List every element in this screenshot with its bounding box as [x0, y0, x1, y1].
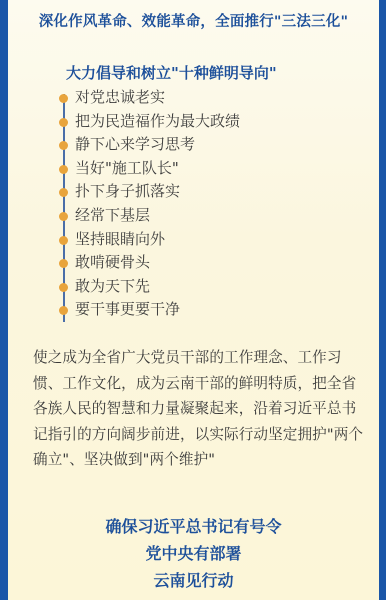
timeline-item-label: 敢啃硬骨头 — [75, 253, 150, 271]
body-paragraph: 使之成为全省广大党员干部的工作理念、工作习惯、工作文化，成为云南干部的鲜明特质，… — [33, 345, 368, 473]
timeline-item-label: 扑下身子抓落实 — [75, 182, 180, 200]
timeline-item-label: 对党忠诚老实 — [75, 88, 165, 106]
bullet-dot-icon — [59, 188, 68, 197]
timeline-item: 敢啃硬骨头 — [48, 251, 368, 275]
bullet-dot-icon — [59, 141, 68, 150]
bullet-dot-icon — [59, 94, 68, 103]
bullet-dot-icon — [59, 306, 68, 315]
timeline-item: 当好"施工队长" — [48, 157, 368, 181]
closing-line: 云南见行动 — [8, 567, 379, 594]
headline: 深化作风革命、效能革命，全面推行"三法三化" — [8, 10, 379, 31]
orientation-timeline: 对党忠诚老实 把为民造福作为最大政绩 静下心来学习思考 当好"施工队长" 扑下身… — [48, 86, 368, 322]
timeline-item: 经常下基层 — [48, 204, 368, 228]
timeline-item: 坚持眼睛向外 — [48, 228, 368, 252]
timeline-item: 扑下身子抓落实 — [48, 180, 368, 204]
timeline-item-label: 当好"施工队长" — [75, 159, 179, 177]
bullet-dot-icon — [59, 118, 68, 127]
timeline-item: 静下心来学习思考 — [48, 133, 368, 157]
bullet-dot-icon — [59, 259, 68, 268]
timeline-item-label: 经常下基层 — [75, 206, 150, 224]
bullet-dot-icon — [59, 165, 68, 174]
bullet-dot-icon — [59, 212, 68, 221]
timeline-item-label: 静下心来学习思考 — [75, 135, 195, 153]
bullet-dot-icon — [59, 236, 68, 245]
bullet-dot-icon — [59, 283, 68, 292]
closing-slogan: 确保习近平总书记有号令 党中央有部署 云南见行动 — [8, 513, 379, 594]
closing-line: 确保习近平总书记有号令 — [8, 513, 379, 540]
timeline-item-label: 要干事更要干净 — [75, 300, 180, 318]
timeline-item-label: 坚持眼睛向外 — [75, 230, 165, 248]
timeline-item: 把为民造福作为最大政绩 — [48, 110, 368, 134]
timeline-item: 要干事更要干净 — [48, 298, 368, 322]
subheading: 大力倡导和树立"十种鲜明导向" — [66, 62, 277, 83]
closing-line: 党中央有部署 — [8, 540, 379, 567]
timeline-item: 对党忠诚老实 — [48, 86, 368, 110]
timeline-item-label: 敢为天下先 — [75, 277, 150, 295]
content-panel: 深化作风革命、效能革命，全面推行"三法三化" 大力倡导和树立"十种鲜明导向" 对… — [8, 0, 379, 600]
timeline-item-label: 把为民造福作为最大政绩 — [75, 112, 240, 130]
timeline-item: 敢为天下先 — [48, 275, 368, 299]
